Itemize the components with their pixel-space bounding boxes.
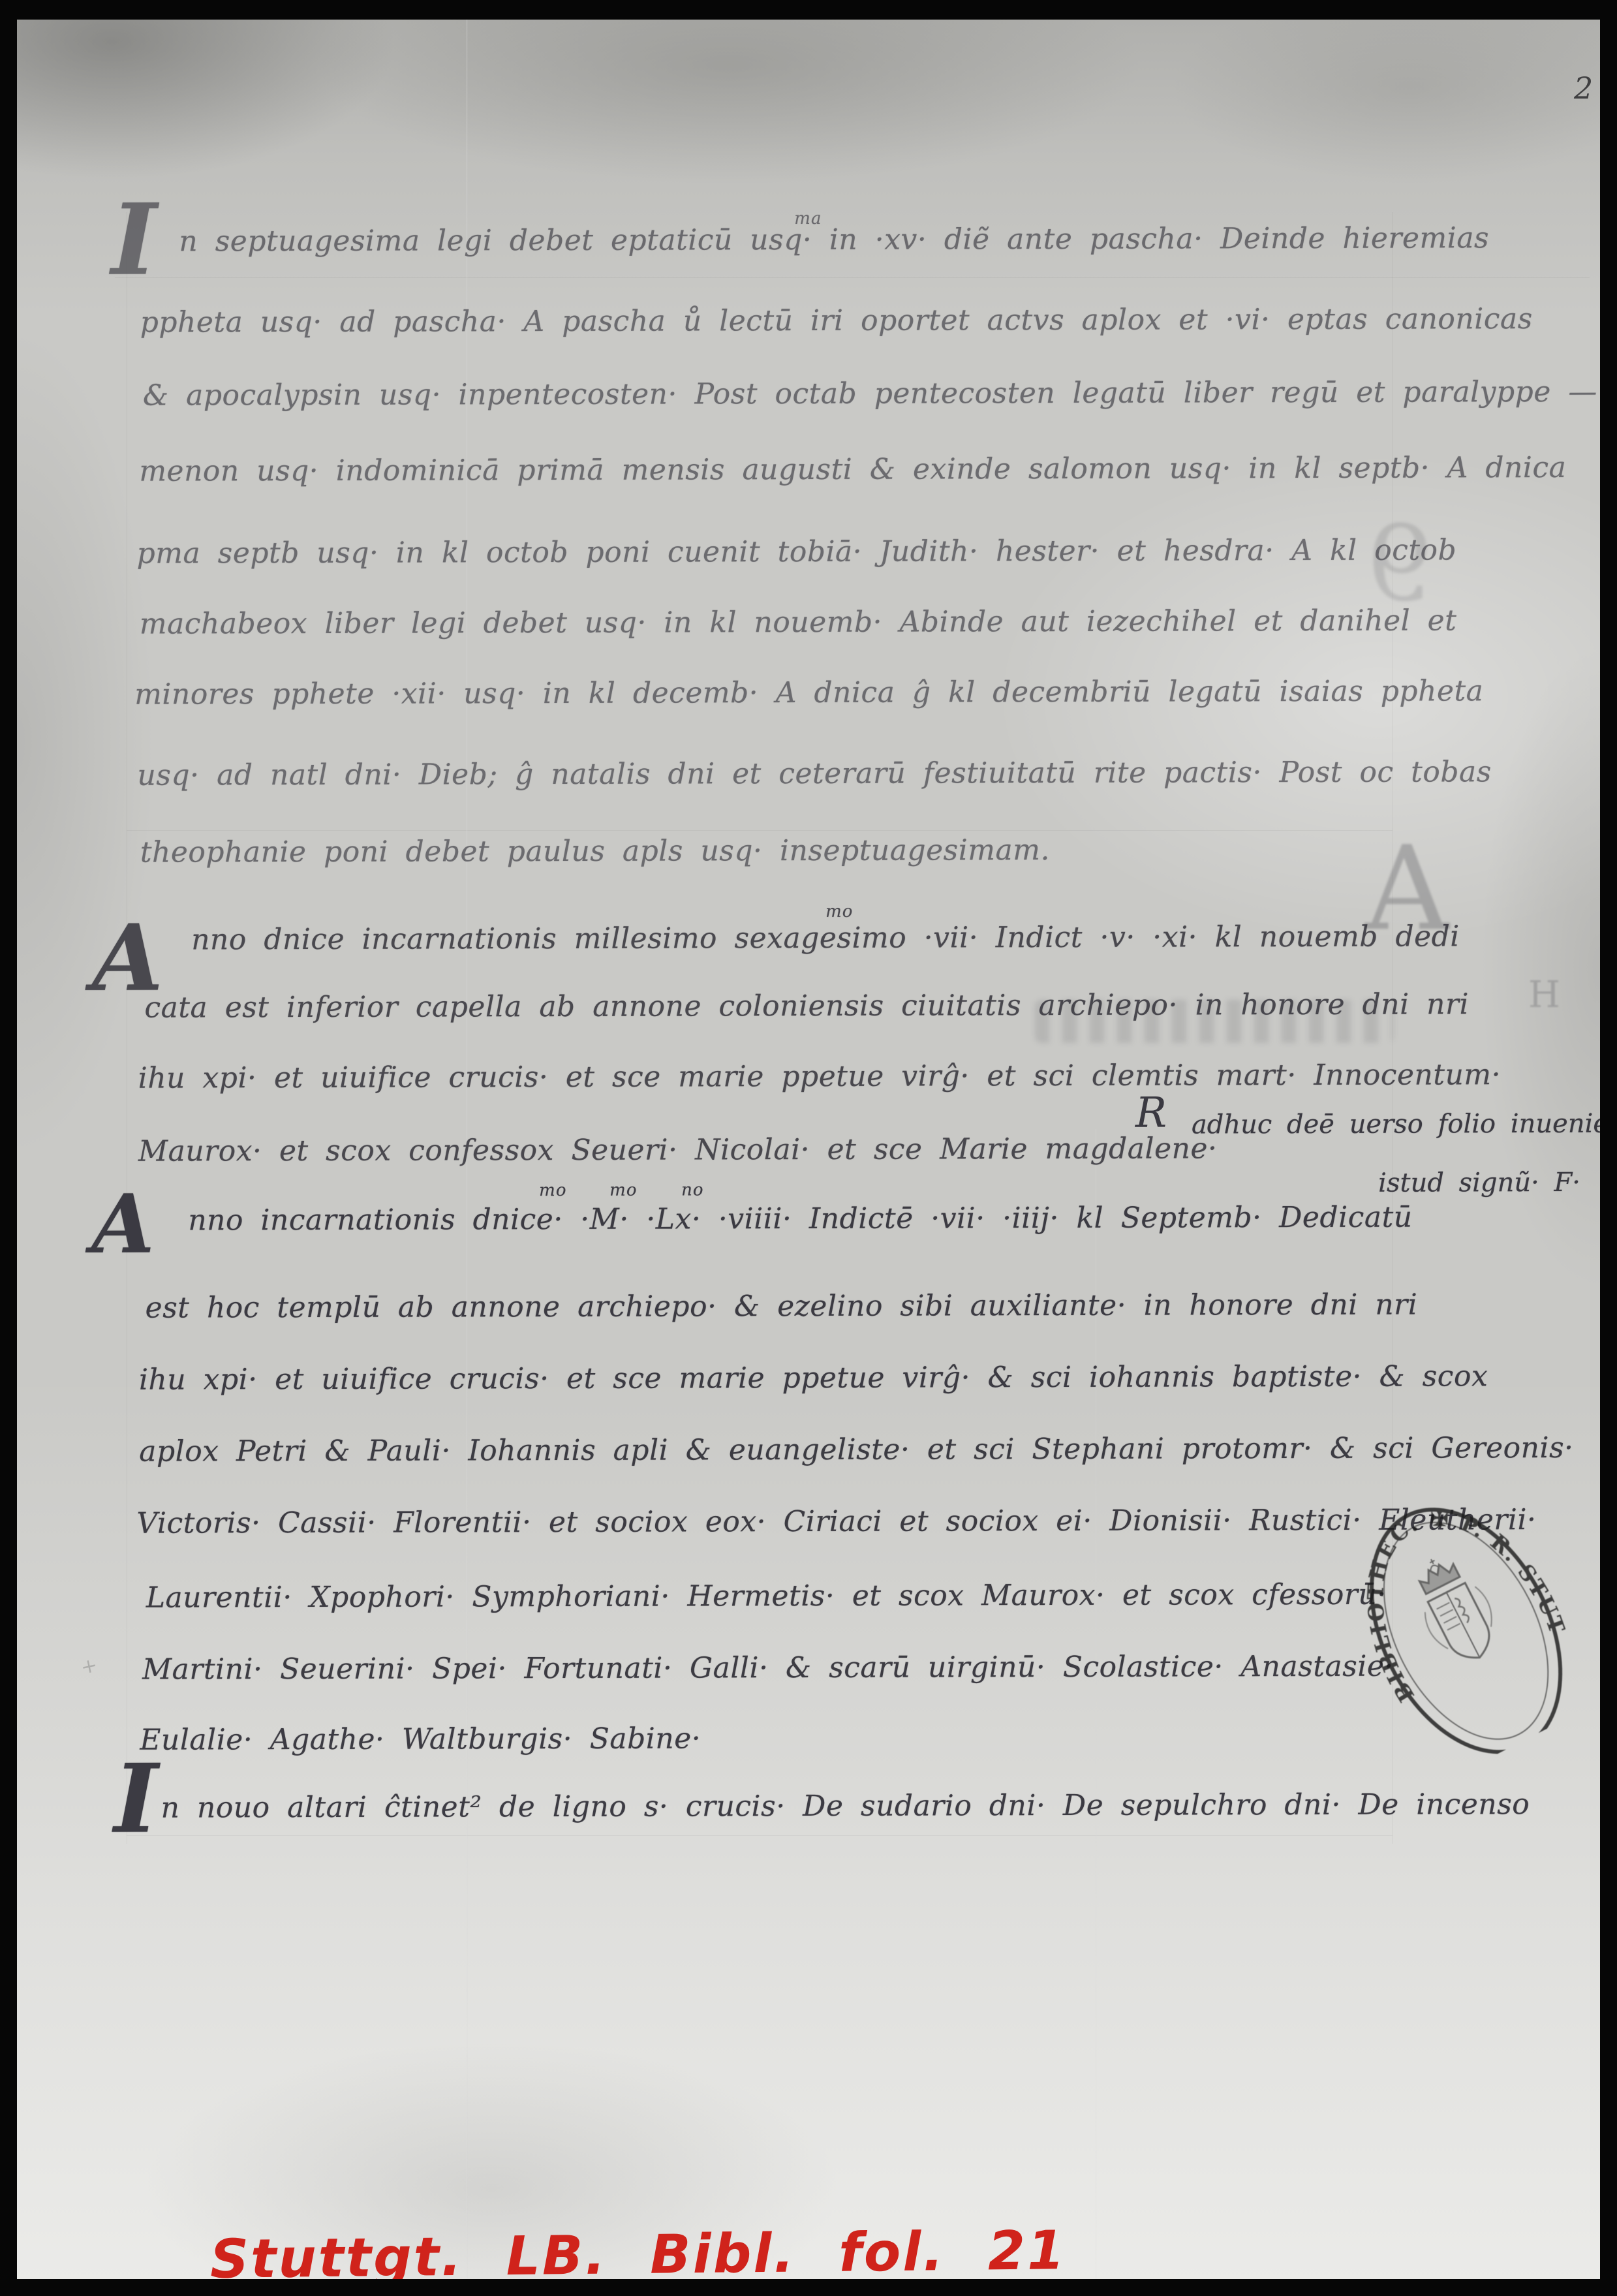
drop-cap-initial: I [111, 191, 157, 289]
abbreviation-superscript: ma [794, 209, 822, 228]
text-block: I A A I n septuagesima legi debet eptati… [17, 20, 1600, 2279]
text-line: aplox Petri & Pauli· Iohannis apli & eua… [139, 1431, 1574, 1468]
text-line: & apocalypsin usq· inpentecosten· Post o… [143, 375, 1597, 412]
drop-cap-initial: I [114, 1752, 158, 1847]
text-line: nno dnice incarnationis millesimo sexage… [191, 920, 1460, 956]
text-line: minores pphete ·xii· usq· in kl decemb· … [134, 674, 1483, 711]
text-line: Martini· Seuerini· Spei· Fortunati· Gall… [142, 1650, 1394, 1686]
abbreviation-superscript: mo [825, 902, 853, 922]
text-line: pma septb usq· in kl octob poni cuenit t… [137, 533, 1457, 570]
abbreviation-superscript: mo [609, 1181, 637, 1200]
photo-frame: 9 A H + 2 I A A I n septuagesima legi de… [0, 0, 1617, 2296]
coat-of-arms-icon [1401, 1545, 1509, 1672]
abbreviation-superscript: no [681, 1180, 703, 1200]
text-line: est hoc templū ab annone archiepo· & eze… [146, 1288, 1418, 1325]
abbreviation-superscript: mo [539, 1181, 566, 1200]
text-line: usq· ad natl dni· Dieb; ĝ natalis dni et… [137, 755, 1491, 792]
text-line: n septuagesima legi debet eptaticū usq· … [179, 221, 1489, 258]
text-line: ihu xpi· et uiuifice crucis· et sce mari… [138, 1058, 1501, 1094]
text-line: Maurox· et scox confessox Seueri· Nicola… [138, 1132, 1218, 1168]
text-line: cata est inferior capella ab annone colo… [144, 987, 1469, 1024]
text-line: theophanie poni debet paulus apls usq· i… [140, 833, 1050, 869]
text-line: nno incarnationis dnice· ·M· ·Lx· ·viiii… [188, 1201, 1412, 1237]
text-line: n nouo altari ĉtinet² de ligno s· crucis… [161, 1788, 1530, 1824]
margin-note-line: istud signũ· F· [1378, 1168, 1580, 1198]
drop-cap-initial: A [91, 1185, 155, 1265]
margin-note-line: adhuc deē uerso folio inuenies ad [1192, 1109, 1600, 1140]
text-line: menon usq· indominicā primā mensis augus… [139, 451, 1566, 488]
text-line: ihu xpi· et uiuifice crucis· et sce mari… [139, 1359, 1488, 1396]
text-line: Eulalie· Agathe· Waltburgis· Sabine· [140, 1722, 701, 1756]
text-line: ppheta usq· ad pascha· A pascha ů lectū … [140, 302, 1533, 339]
text-line: Laurentii· Xpophori· Symphoriani· Hermet… [146, 1578, 1387, 1615]
manuscript-photo: 9 A H + 2 I A A I n septuagesima legi de… [17, 20, 1600, 2279]
margin-reference-mark: R [1135, 1089, 1167, 1138]
text-line: machabeox liber legi debet usq· in kl no… [140, 604, 1457, 640]
shelfmark-annotation: Stuttgt. LB. Bibl. fol. 21 [210, 2220, 1067, 2279]
